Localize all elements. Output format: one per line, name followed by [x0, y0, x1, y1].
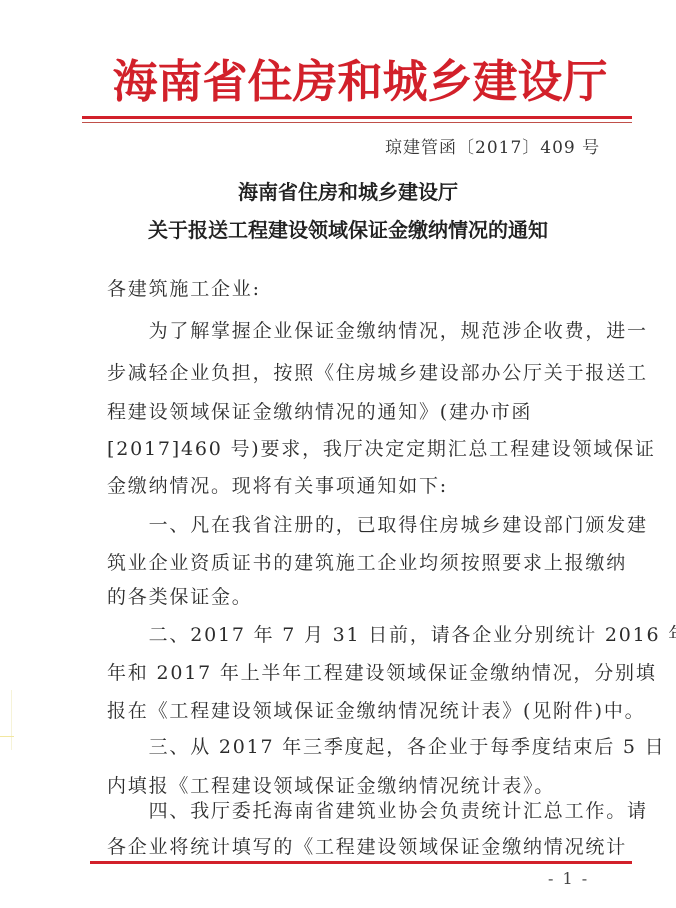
page-number: - 1 -: [548, 868, 589, 890]
masthead-title: 海南省住房和城乡建设厅: [100, 52, 620, 112]
body-line: 四、我厅委托海南省建筑业协会负责统计汇总工作。请: [107, 798, 648, 824]
body-line: [2017]460 号)要求，我厅决定定期汇总工程建设领域保证: [107, 436, 656, 462]
body-line: 为了解掌握企业保证金缴纳情况，规范涉企收费，进一: [107, 318, 648, 344]
masthead-rule-thick: [82, 116, 632, 119]
notice-title-issuer: 海南省住房和城乡建设厅: [10, 178, 676, 206]
notice-title-subject: 关于报送工程建设领域保证金缴纳情况的通知: [10, 216, 676, 244]
footer-rule: [90, 861, 632, 864]
body-line: 报在《工程建设领域保证金缴纳情况统计表》(见附件)中。: [107, 698, 645, 724]
scan-artifact-line: [11, 690, 12, 750]
body-line: 的各类保证金。: [107, 584, 253, 610]
body-line: 步减轻企业负担，按照《住房城乡建设部办公厅关于报送工: [107, 360, 648, 386]
body-line: 一、凡在我省注册的，已取得住房城乡建设部门颁发建: [107, 512, 648, 538]
body-line: 三、从 2017 年三季度起，各企业于每季度结束后 5 日: [107, 734, 665, 760]
body-line: 年和 2017 年上半年工程建设领域保证金缴纳情况，分别填: [107, 660, 657, 686]
masthead-rule-thin: [82, 122, 632, 123]
body-line: 二、2017 年 7 月 31 日前，请各企业分别统计 2016 年全: [107, 622, 676, 648]
scan-artifact-mark: [0, 736, 14, 737]
body-line: 金缴纳情况。现将有关事项通知如下:: [107, 473, 448, 499]
body-line: 各企业将统计填写的《工程建设领域保证金缴纳情况统计: [107, 834, 627, 860]
body-line: 内填报《工程建设领域保证金缴纳情况统计表》。: [107, 773, 555, 799]
salutation: 各建筑施工企业:: [107, 276, 261, 302]
body-line: 筑业企业资质证书的建筑施工企业均须按照要求上报缴纳: [107, 550, 627, 576]
document-number: 琼建管函〔2017〕409 号: [385, 136, 600, 160]
body-line: 程建设领域保证金缴纳情况的通知》(建办市函: [107, 399, 532, 425]
